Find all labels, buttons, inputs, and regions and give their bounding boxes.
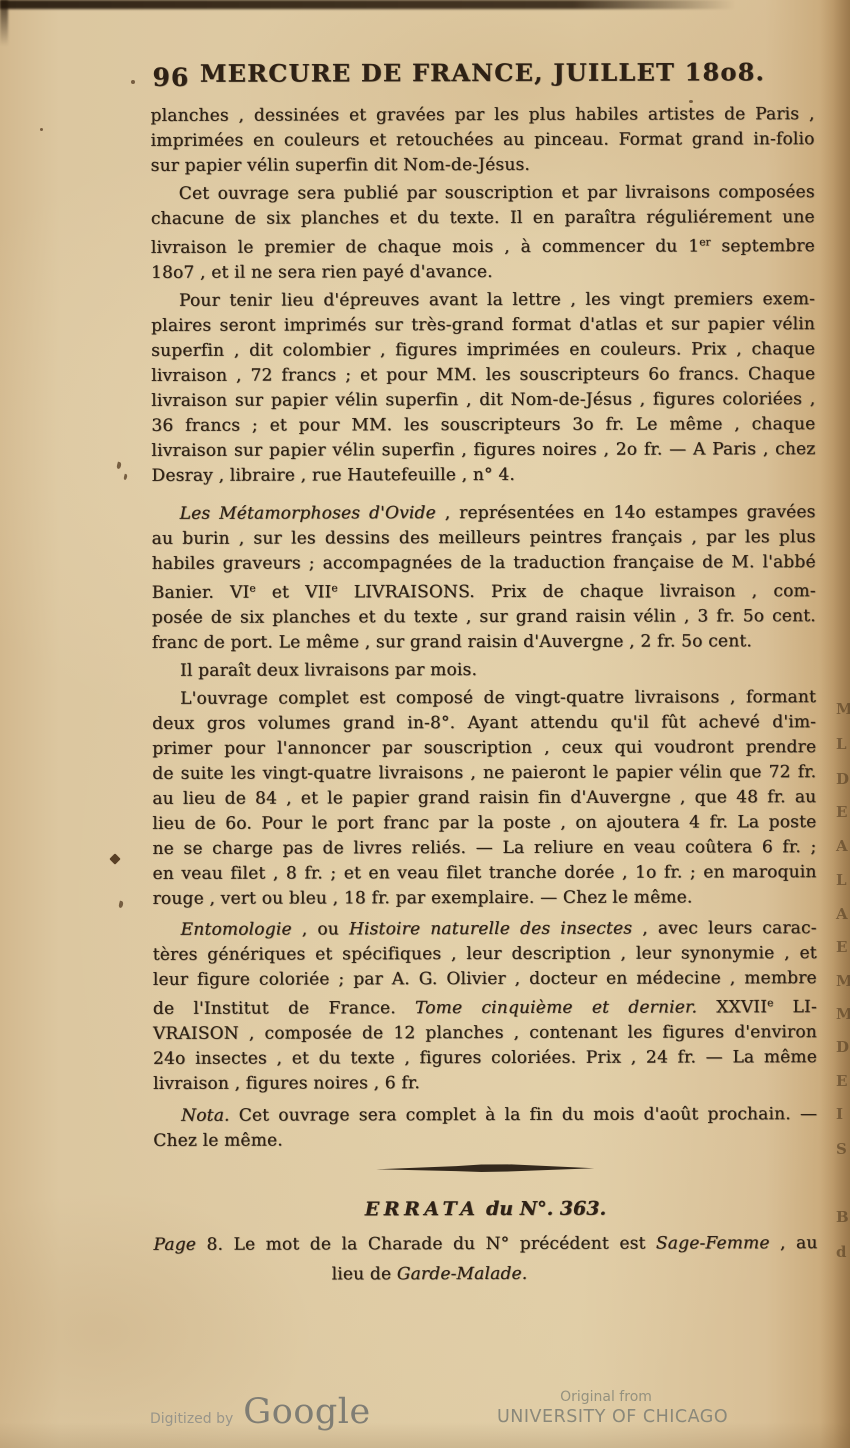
errata-heading: ERRATA du N°. 363. (153, 1197, 817, 1221)
text-line: livraison le premier de chaque mois , à … (151, 230, 815, 261)
text-line: 24o insectes , et du texte , figures col… (153, 1045, 817, 1072)
text-line: Il paraît deux livraisons par mois. (152, 657, 816, 684)
text-line: Banier. VIe et VIIe LIVRAISONS. Prix de … (152, 575, 816, 606)
text-line: franc de port. Le même , sur grand raisi… (152, 629, 816, 656)
text-line: imprimées en couleurs et retouchées au p… (151, 127, 815, 154)
original-from-label: Original from (497, 1388, 715, 1406)
paragraph-metamorphoses: Les Métamorphoses d'Ovide , représentées… (152, 500, 816, 656)
text-line: leur figure coloriée ; par A. G. Olivier… (153, 966, 817, 993)
paper-speck (40, 128, 43, 131)
text-line: au lieu de 84 , et le papier grand raisi… (152, 785, 816, 812)
text-line: 36 francs ; et pour MM. les souscripteur… (151, 412, 815, 439)
text-line: livraison , 72 francs ; et pour MM. les … (151, 362, 815, 389)
text-line: de suite les vingt-quatre livraisons , n… (152, 760, 816, 787)
text-line: rouge , vert ou bleu , 18 fr. par exempl… (153, 885, 817, 912)
text-line: livraison sur papier vélin superfin , fi… (151, 437, 815, 464)
paper-speck (116, 462, 122, 470)
scan-left-shadow (0, 0, 8, 46)
text-line: ne se charge pas de livres reliés. — La … (152, 835, 816, 862)
text-line: chacune de six planches et du texte. Il … (151, 205, 815, 232)
journal-title: MERCURE DE FRANCE, JUILLET 18o8. (150, 57, 814, 88)
text-line: Les Métamorphoses d'Ovide , représentées… (152, 500, 816, 527)
text-line: Chez le même. (153, 1127, 817, 1154)
text-line: habiles graveurs ; accompagnées de la tr… (152, 550, 816, 577)
text-line: sur papier vélin superfin dit Nom-de-Jés… (151, 152, 815, 179)
paper-speck (109, 853, 120, 864)
institution-label: UNIVERSITY OF CHICAGO (497, 1406, 715, 1429)
google-logo: Google (243, 1392, 370, 1432)
paragraph-ouvrage-complet: L'ouvrage complet est composé de vingt-q… (152, 685, 817, 912)
scanned-book-page: 96 MERCURE DE FRANCE, JUILLET 18o8. plan… (0, 0, 850, 1448)
text-line: VRAISON , composée de 12 planches , cont… (153, 1020, 817, 1047)
swelled-rule-divider (376, 1163, 594, 1175)
paragraph-nota: Nota. Cet ouvrage sera complet à la fin … (153, 1102, 817, 1154)
text-line: deux gros volumes grand in-8°. Ayant att… (152, 710, 816, 737)
text-line: de l'Institut de France. Tome cinquième … (153, 991, 817, 1022)
text-line: Page 8. Le mot de la Charade du N° précé… (153, 1228, 817, 1260)
text-line: en veau filet , 8 fr. ; et en veau filet… (152, 860, 816, 887)
text-line: Nota. Cet ouvrage sera complet à la fin … (153, 1102, 817, 1129)
book-gutter-shadow (820, 0, 850, 1448)
text-line: Desray , libraire , rue Hautefeuille , n… (151, 462, 815, 489)
paragraph-epreuves: Pour tenir lieu d'épreuves avant la lett… (151, 287, 816, 489)
scan-top-shadow (0, 0, 735, 9)
paper-speck (118, 901, 124, 909)
source-watermark: Original from UNIVERSITY OF CHICAGO (497, 1388, 715, 1429)
paragraph-deux-livraisons: Il paraît deux livraisons par mois. (152, 657, 816, 684)
text-line: lieu de 6o. Pour le port franc par la po… (152, 810, 816, 837)
errata-section: ERRATA du N°. 363. Page 8. Le mot de la … (153, 1197, 817, 1290)
text-line: Pour tenir lieu d'épreuves avant la lett… (151, 287, 815, 314)
text-line: planches , dessinées et gravées par les … (151, 102, 815, 129)
text-line: 18o7 , et il ne sera rien payé d'avance. (151, 259, 815, 286)
errata-text: Page 8. Le mot de la Charade du N° précé… (153, 1228, 817, 1290)
text-line: plaires seront imprimés sur très-grand f… (151, 312, 815, 339)
digitized-by-label: Digitized by (150, 1411, 233, 1427)
text-line: L'ouvrage complet est composé de vingt-q… (152, 685, 816, 712)
text-line: tères génériques et spécifiques , leur d… (153, 941, 817, 968)
text-line: livraison , figures noires , 6 fr. (153, 1070, 817, 1097)
google-watermark: Digitized by Google (150, 1392, 371, 1432)
page-text: 96 MERCURE DE FRANCE, JUILLET 18o8. plan… (150, 57, 817, 1290)
text-line: primer pour l'annoncer par souscription … (152, 735, 816, 762)
paper-speck (123, 474, 127, 481)
text-line: Entomologie , ou Histoire naturelle des … (153, 916, 817, 943)
paragraph-entomologie: Entomologie , ou Histoire naturelle des … (153, 916, 817, 1097)
text-line: Cet ouvrage sera publié par souscription… (151, 180, 815, 207)
paragraph-planches: planches , dessinées et gravées par les … (151, 102, 815, 179)
text-line: lieu de Garde-Malade. (154, 1258, 818, 1290)
paragraph-souscription: Cet ouvrage sera publié par souscription… (151, 180, 815, 286)
text-line: posée de six planches et du texte , sur … (152, 604, 816, 631)
text-line: superfin , dit colombier , figures impri… (151, 337, 815, 364)
body-text: planches , dessinées et gravées par les … (151, 102, 818, 1154)
paper-speck (131, 80, 135, 84)
text-line: au burin , sur les dessins des meilleurs… (152, 525, 816, 552)
running-header: 96 MERCURE DE FRANCE, JUILLET 18o8. (150, 57, 814, 93)
text-line: livraison sur papier vélin superfin , di… (151, 387, 815, 414)
